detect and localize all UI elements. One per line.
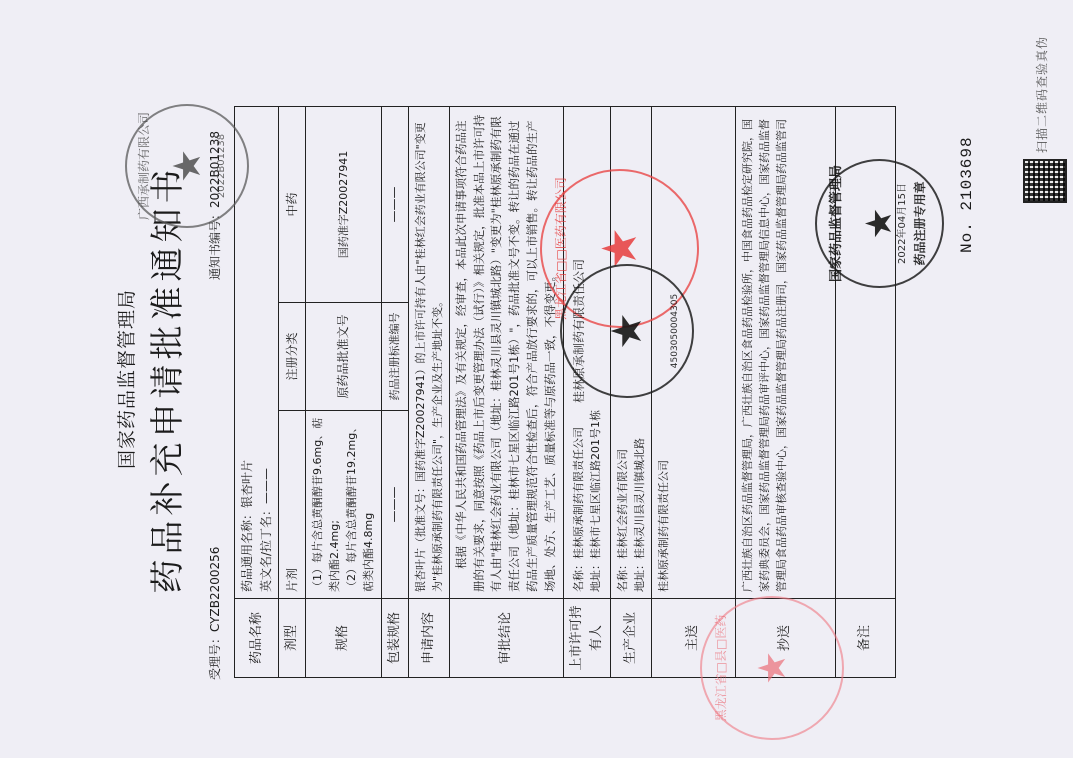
english-name-value: ——— [259, 468, 273, 504]
orig-approval-value: 国药准字Z20027941 [306, 107, 381, 303]
table-row: 剂型 片剂 注册分类 中药 [279, 107, 306, 678]
remark-label: 备注 [836, 599, 896, 678]
table-row: 上市许可持有人 名称：桂林原承制药有限责任公司 地址：桂林市七星区临江路201号… [563, 107, 610, 678]
notice-number: 通知书编号：2022B01238 [206, 131, 223, 280]
conclusion-label: 审批结论 [449, 599, 563, 678]
spec-value: （1）每片含总黄酮醇苷9.6mg、萜类内酯2.4mg; （2）每片含总黄酮醇苷1… [306, 411, 381, 599]
manufacturer-value: 名称：桂林红会药业有限公司 地址：桂林灵川县灵川镇城北路 [610, 107, 651, 599]
generic-name-value: 银杏叶片 [240, 460, 254, 508]
table-row: 生产企业 名称：桂林红会药业有限公司 地址：桂林灵川县灵川镇城北路 [610, 107, 651, 678]
std-code-label: 药品注册标准编号 [381, 303, 408, 411]
generic-name-label: 药品通用名称： [240, 508, 254, 592]
notice-label: 通知书编号： [208, 208, 222, 280]
acceptance-value: CYZB2200256 [208, 547, 222, 632]
manufacturer-label: 生产企业 [610, 599, 651, 678]
manufacturer-address: 地址：桂林灵川县灵川镇城北路 [631, 113, 648, 592]
manufacturer-name-label: 名称： [616, 559, 629, 592]
application-label: 申请内容 [408, 599, 449, 678]
drug-name-label: 药品名称 [235, 599, 279, 678]
spec-line: （1）每片含总黄酮醇苷9.6mg、萜类内酯2.4mg; [309, 417, 343, 592]
qr-code-icon[interactable] [1023, 159, 1067, 203]
english-name-label: 英文名/拉丁名： [259, 504, 273, 592]
table-row: 抄送 广西壮族自治区药品监督管理局，广西壮族自治区食品药品检验所，中国食品药品检… [736, 107, 836, 678]
table-row: 药品名称 药品通用名称：银杏叶片 英文名/拉丁名：——— [235, 107, 279, 678]
holder-value: 名称：桂林原承制药有限责任公司 地址：桂林市七星区临江路201号1栋 [563, 107, 610, 599]
drug-name-cell: 药品通用名称：银杏叶片 英文名/拉丁名：——— [235, 107, 279, 599]
reg-class-value: 中药 [279, 107, 306, 303]
table-row: 审批结论 根据《中华人民共和国药品管理法》及有关规定，经审查，本品此次申请事项符… [449, 107, 563, 678]
holder-label: 上市许可持有人 [563, 599, 610, 678]
dosage-form-value: 片剂 [279, 411, 306, 599]
approval-table: 药品名称 药品通用名称：银杏叶片 英文名/拉丁名：——— 剂型 片剂 注册分类 … [234, 106, 896, 678]
spec-line: （2）每片含总黄酮醇苷19.2mg、萜类内酯4.8mg [343, 417, 377, 592]
dosage-form-label: 剂型 [279, 599, 306, 678]
manufacturer-name-value: 桂林红会药业有限公司 [616, 449, 629, 559]
holder-address-value: 桂林市七星区临江路201号1栋 [589, 410, 602, 559]
acceptance-number: 受理号：CYZB2200256 [206, 547, 223, 680]
conclusion-value: 根据《中华人民共和国药品管理法》及有关规定，经审查，本品此次申请事项符合药品注册… [449, 107, 563, 599]
holder-name: 名称：桂林原承制药有限责任公司 [570, 113, 587, 592]
table-row: 备注 [836, 107, 896, 678]
std-code-value: ——— [381, 107, 408, 303]
orig-approval-label: 原药品批准文号 [306, 303, 381, 411]
package-value: ——— [381, 411, 408, 599]
reg-class-label: 注册分类 [279, 303, 306, 411]
acceptance-label: 受理号： [208, 632, 222, 680]
approval-notice-page: 国家药品监督管理局 药品补充申请批准通知书 受理号：CYZB2200256 通知… [0, 0, 1073, 758]
manufacturer-address-label: 地址： [633, 559, 646, 592]
holder-name-value: 桂林原承制药有限责任公司 [572, 427, 585, 559]
serial-number: No. 2103698 [958, 136, 976, 253]
table-row: 规格 （1）每片含总黄酮醇苷9.6mg、萜类内酯2.4mg; （2）每片含总黄酮… [306, 107, 381, 678]
holder-address-label: 地址： [589, 559, 602, 592]
package-label: 包装规格 [381, 599, 408, 678]
application-value: 银杏叶片（批准文号：国药准字Z20027941）的上市许可持有人由"桂林红会药业… [408, 107, 449, 599]
generic-name: 药品通用名称：银杏叶片 [238, 113, 257, 592]
document-title: 药品补充申请批准通知书 [140, 0, 189, 758]
holder-address: 地址：桂林市七星区临江路201号1栋 [587, 113, 604, 592]
cc-value: 广西壮族自治区药品监督管理局，广西壮族自治区食品药品检验所，中国食品药品检定研究… [736, 107, 836, 599]
cc-label: 抄送 [736, 599, 836, 678]
notice-value: 2022B01238 [208, 131, 222, 208]
remark-value [836, 107, 896, 599]
table-row: 申请内容 银杏叶片（批准文号：国药准字Z20027941）的上市许可持有人由"桂… [408, 107, 449, 678]
table-row: 包装规格 ——— 药品注册标准编号 ——— [381, 107, 408, 678]
seal-bottom-text: 药品注册专用章 [911, 182, 928, 266]
table-row: 主送 桂林原承制药有限责任公司 [652, 107, 736, 678]
send-to-value: 桂林原承制药有限责任公司 [652, 107, 736, 599]
spec-label: 规格 [306, 599, 381, 678]
english-name: 英文名/拉丁名：——— [257, 113, 276, 592]
qr-caption: 扫描二维码查验真伪 [1033, 36, 1050, 153]
manufacturer-name: 名称：桂林红会药业有限公司 [614, 113, 631, 592]
manufacturer-address-value: 桂林灵川县灵川镇城北路 [633, 438, 646, 559]
send-to-label: 主送 [652, 599, 736, 678]
agency-name: 国家药品监督管理局 [112, 0, 139, 758]
holder-name-label: 名称： [572, 559, 585, 592]
